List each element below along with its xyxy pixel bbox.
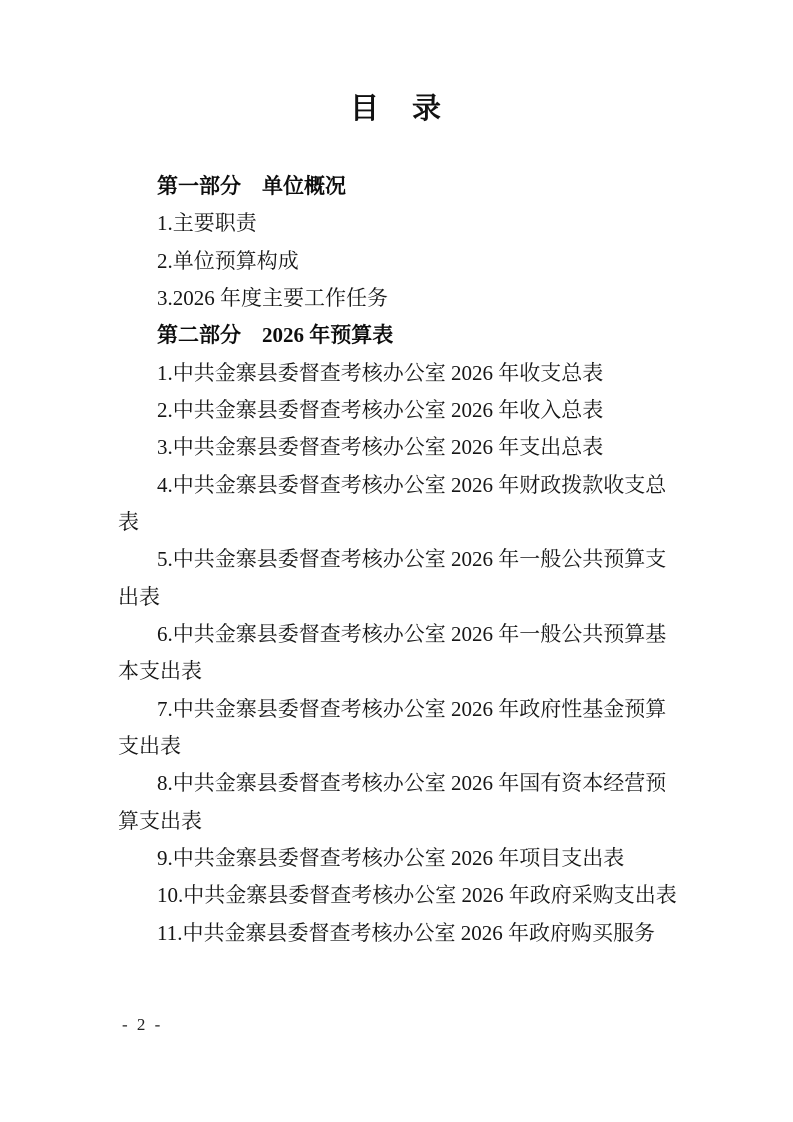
toc-entry-2-3: 3.中共金寨县委督查考核办公室 2026 年支出总表 bbox=[118, 429, 678, 466]
section-2-heading: 第二部分 2026 年预算表 bbox=[118, 317, 678, 354]
toc-entry-2-5: 5.中共金寨县委督查考核办公室 2026 年一般公共预算支出表 bbox=[118, 541, 678, 616]
document-page: 目 录 第一部分 单位概况 1.主要职责 2.单位预算构成 3.2026 年度主… bbox=[0, 0, 793, 1122]
toc-entry-1-3: 3.2026 年度主要工作任务 bbox=[118, 280, 678, 317]
page-title: 目 录 bbox=[0, 86, 793, 127]
toc-entry-2-6: 6.中共金寨县委督查考核办公室 2026 年一般公共预算基本支出表 bbox=[118, 616, 678, 691]
toc-entry-2-7: 7.中共金寨县委督查考核办公室 2026 年政府性基金预算支出表 bbox=[118, 691, 678, 766]
toc-entry-2-4: 4.中共金寨县委督查考核办公室 2026 年财政拨款收支总表 bbox=[118, 467, 678, 542]
toc-entry-2-11: 11.中共金寨县委督查考核办公室 2026 年政府购买服务 bbox=[118, 915, 678, 952]
page-number: - 2 - bbox=[122, 1015, 163, 1035]
toc-entry-2-2: 2.中共金寨县委督查考核办公室 2026 年收入总表 bbox=[118, 392, 678, 429]
toc-entry-2-10: 10.中共金寨县委督查考核办公室 2026 年政府采购支出表 bbox=[118, 877, 678, 914]
toc-entry-1-2: 2.单位预算构成 bbox=[118, 243, 678, 280]
section-1-heading: 第一部分 单位概况 bbox=[118, 168, 678, 205]
toc-content: 第一部分 单位概况 1.主要职责 2.单位预算构成 3.2026 年度主要工作任… bbox=[118, 168, 678, 952]
toc-entry-2-1: 1.中共金寨县委督查考核办公室 2026 年收支总表 bbox=[118, 355, 678, 392]
toc-entry-2-8: 8.中共金寨县委督查考核办公室 2026 年国有资本经营预算支出表 bbox=[118, 765, 678, 840]
toc-entry-2-9: 9.中共金寨县委督查考核办公室 2026 年项目支出表 bbox=[118, 840, 678, 877]
toc-entry-1-1: 1.主要职责 bbox=[118, 205, 678, 242]
